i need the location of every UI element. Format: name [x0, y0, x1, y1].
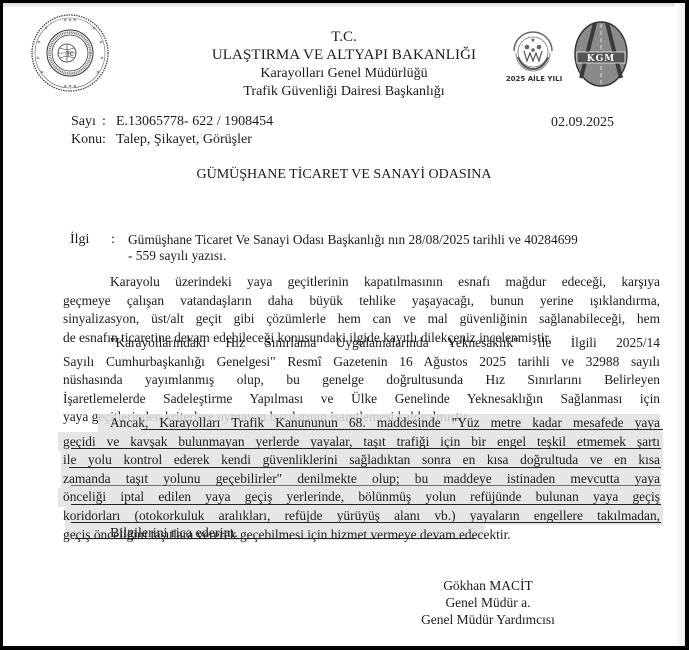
- subject-separator: :: [102, 132, 116, 148]
- subject-line: Konu:Talep, Şikayet, Görüşler: [71, 132, 252, 148]
- signatory-name: Gökhan MACİT: [398, 578, 578, 594]
- family-year-emblem-icon: ★: [508, 23, 558, 78]
- reference-label: İlgi: [70, 232, 89, 248]
- addressee: GÜMÜŞHANE TİCARET VE SANAYİ ODASINA: [3, 167, 685, 183]
- reference-line-1: Gümüşhane Ticaret Ve Sanayi Odası Başkan…: [128, 232, 578, 248]
- number-label: Sayı: [71, 114, 102, 130]
- subject-label: Konu: [71, 132, 102, 148]
- scan-shadow-top: [3, 3, 685, 8]
- closing-line: Bilgilerini rica ederim.: [110, 526, 238, 542]
- paragraph-2-line: Sayılı Cumhurbaşkanlığı Genelgesi" Resmî…: [63, 353, 660, 372]
- reference-separator: :: [111, 232, 115, 248]
- svg-text:★: ★: [530, 37, 535, 44]
- subject-value: Talep, Şikayet, Görüşler: [116, 132, 252, 147]
- kgm-logo-icon: KGM: [573, 20, 629, 88]
- signatory-title: Genel Müdür a.: [398, 595, 578, 611]
- paragraph-3-line: Ancak, Karayolları Trafik Kanununun 68. …: [63, 414, 660, 433]
- reference-line-2: - 559 sayılı yazısı.: [128, 248, 226, 264]
- svg-text:* * *: * * *: [64, 18, 77, 25]
- paragraph-3-line: geçidi ve kavşak bulunmayan yerlerde yay…: [63, 433, 660, 452]
- document-date: 02.09.2025: [551, 115, 614, 131]
- signatory-position: Genel Müdür Yardımcısı: [398, 612, 578, 628]
- family-year-caption: 2025 AİLE YILI: [500, 75, 568, 83]
- paragraph-3-line: önceliği iptal edilen yaya geçiş yerleri…: [63, 488, 660, 507]
- number-separator: :: [102, 114, 116, 130]
- number-line: Sayı:E.13065778- 622 / 1908454: [71, 114, 273, 130]
- paragraph-3-line: koridorları (otokorkuluk aralıkları, ref…: [63, 507, 660, 526]
- paragraph-3: Ancak, Karayolları Trafik Kanununun 68. …: [63, 414, 660, 544]
- paragraph-2-line: "Karayollarındaki Hız Sınırlama Uygulama…: [63, 334, 660, 353]
- paragraph-3-line: zamanda taşıt yolunu geçebilirler" denil…: [63, 470, 660, 489]
- paragraph-1-line: Karayolu üzerindeki yaya geçitlerinin ka…: [63, 273, 660, 292]
- paragraph-1-line: sinyalizasyon, üst/alt geçit gibi çözüml…: [63, 310, 660, 329]
- paragraph-2-line: İşaretlemelerde Sadeleştirme Yapılması v…: [63, 390, 660, 409]
- number-value: E.13065778- 622 / 1908454: [116, 114, 273, 129]
- document-page: * * * ** ** ** ** * * * TC T.C. ULAŞTIRM…: [3, 3, 685, 646]
- paragraph-1-line: geçmeye çalışan vatandaşların daha büyük…: [63, 292, 660, 311]
- paragraph-3-line: ile yolu kontrol ederek kendi güvenlikle…: [63, 451, 660, 470]
- paragraph-2-line: nüshasında yayımlanmış olup, bu genelge …: [63, 371, 660, 390]
- svg-text:KGM: KGM: [587, 54, 615, 64]
